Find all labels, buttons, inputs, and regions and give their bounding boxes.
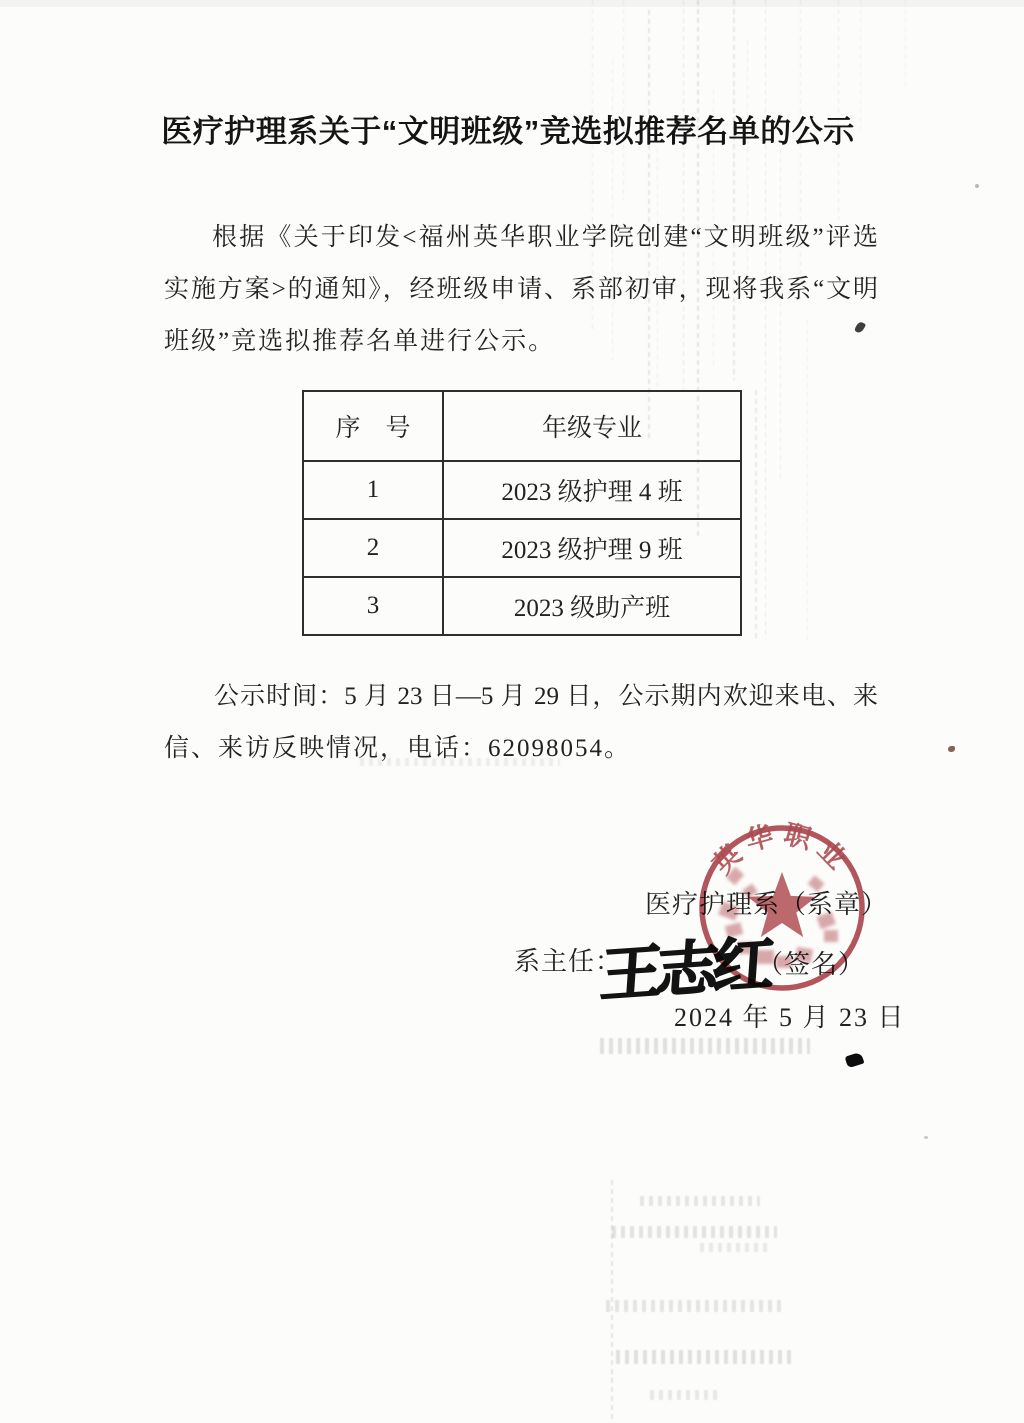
ink-mark bbox=[845, 1052, 865, 1069]
scan-streak bbox=[657, 130, 658, 390]
scan-streak bbox=[623, 0, 624, 200]
official-seal: 英华职业 bbox=[692, 818, 872, 998]
table-row: 1 2023 级护理 4 班 bbox=[304, 460, 740, 518]
paragraph2-line2: 信、来访反映情况，电话：62098054。 bbox=[164, 731, 631, 767]
table-header-row: 序 号 年级专业 bbox=[304, 392, 740, 460]
scan-streak bbox=[733, 0, 735, 380]
ink-mark bbox=[924, 1136, 928, 1139]
date-line: 2024 年 5 月 23 日 bbox=[674, 997, 906, 1034]
scan-speckle bbox=[616, 1350, 791, 1364]
table-row: 3 2023 级助产班 bbox=[304, 576, 740, 634]
row-major: 2023 级助产班 bbox=[442, 578, 740, 634]
scan-streak bbox=[765, 0, 766, 640]
scan-streak bbox=[612, 60, 613, 360]
scan-speckle bbox=[606, 1300, 781, 1312]
table-header-major: 年级专业 bbox=[442, 392, 740, 460]
row-major: 2023 级护理 9 班 bbox=[442, 520, 740, 576]
scan-speckle bbox=[640, 1196, 760, 1206]
scan-streak bbox=[755, 390, 757, 640]
ink-mark bbox=[854, 321, 866, 334]
row-no: 2 bbox=[304, 520, 442, 576]
paragraph1-line3: 班级”竞选拟推荐名单进行公示。 bbox=[164, 324, 555, 360]
scan-streak bbox=[807, 320, 808, 640]
document-page: 医疗护理系关于“文明班级”竞选拟推荐名单的公示 根据《关于印发<福州英华职业学院… bbox=[0, 0, 1024, 1423]
document-title: 医疗护理系关于“文明班级”竞选拟推荐名单的公示 bbox=[0, 106, 1016, 151]
row-no: 1 bbox=[304, 462, 442, 518]
scan-streak bbox=[905, 0, 906, 90]
table-row: 2 2023 级护理 9 班 bbox=[304, 518, 740, 576]
scan-speckle bbox=[600, 1038, 810, 1054]
scan-speckle bbox=[700, 1243, 770, 1252]
ink-mark bbox=[975, 184, 979, 188]
table-header-no: 序 号 bbox=[304, 392, 442, 460]
scan-streak bbox=[683, 0, 684, 390]
row-major: 2023 级护理 4 班 bbox=[442, 462, 740, 518]
paragraph1-line2: 实施方案>的通知》，经班级申请、系部初审，现将我系“文明 bbox=[164, 272, 878, 308]
scan-speckle bbox=[650, 1390, 722, 1400]
scan-streak bbox=[780, 140, 781, 480]
ink-mark bbox=[948, 746, 955, 752]
row-no: 3 bbox=[304, 578, 442, 634]
paragraph2-line1: 公示时间：5 月 23 日—5 月 29 日，公示期内欢迎来电、来 bbox=[214, 679, 878, 715]
recommendation-table: 序 号 年级专业 1 2023 级护理 4 班 2 2023 级护理 9 班 3… bbox=[302, 390, 742, 636]
paragraph1-line1: 根据《关于印发<福州英华职业学院创建“文明班级”评选 bbox=[212, 220, 878, 256]
seal-star-icon bbox=[748, 872, 816, 937]
scan-speckle bbox=[612, 1226, 777, 1238]
